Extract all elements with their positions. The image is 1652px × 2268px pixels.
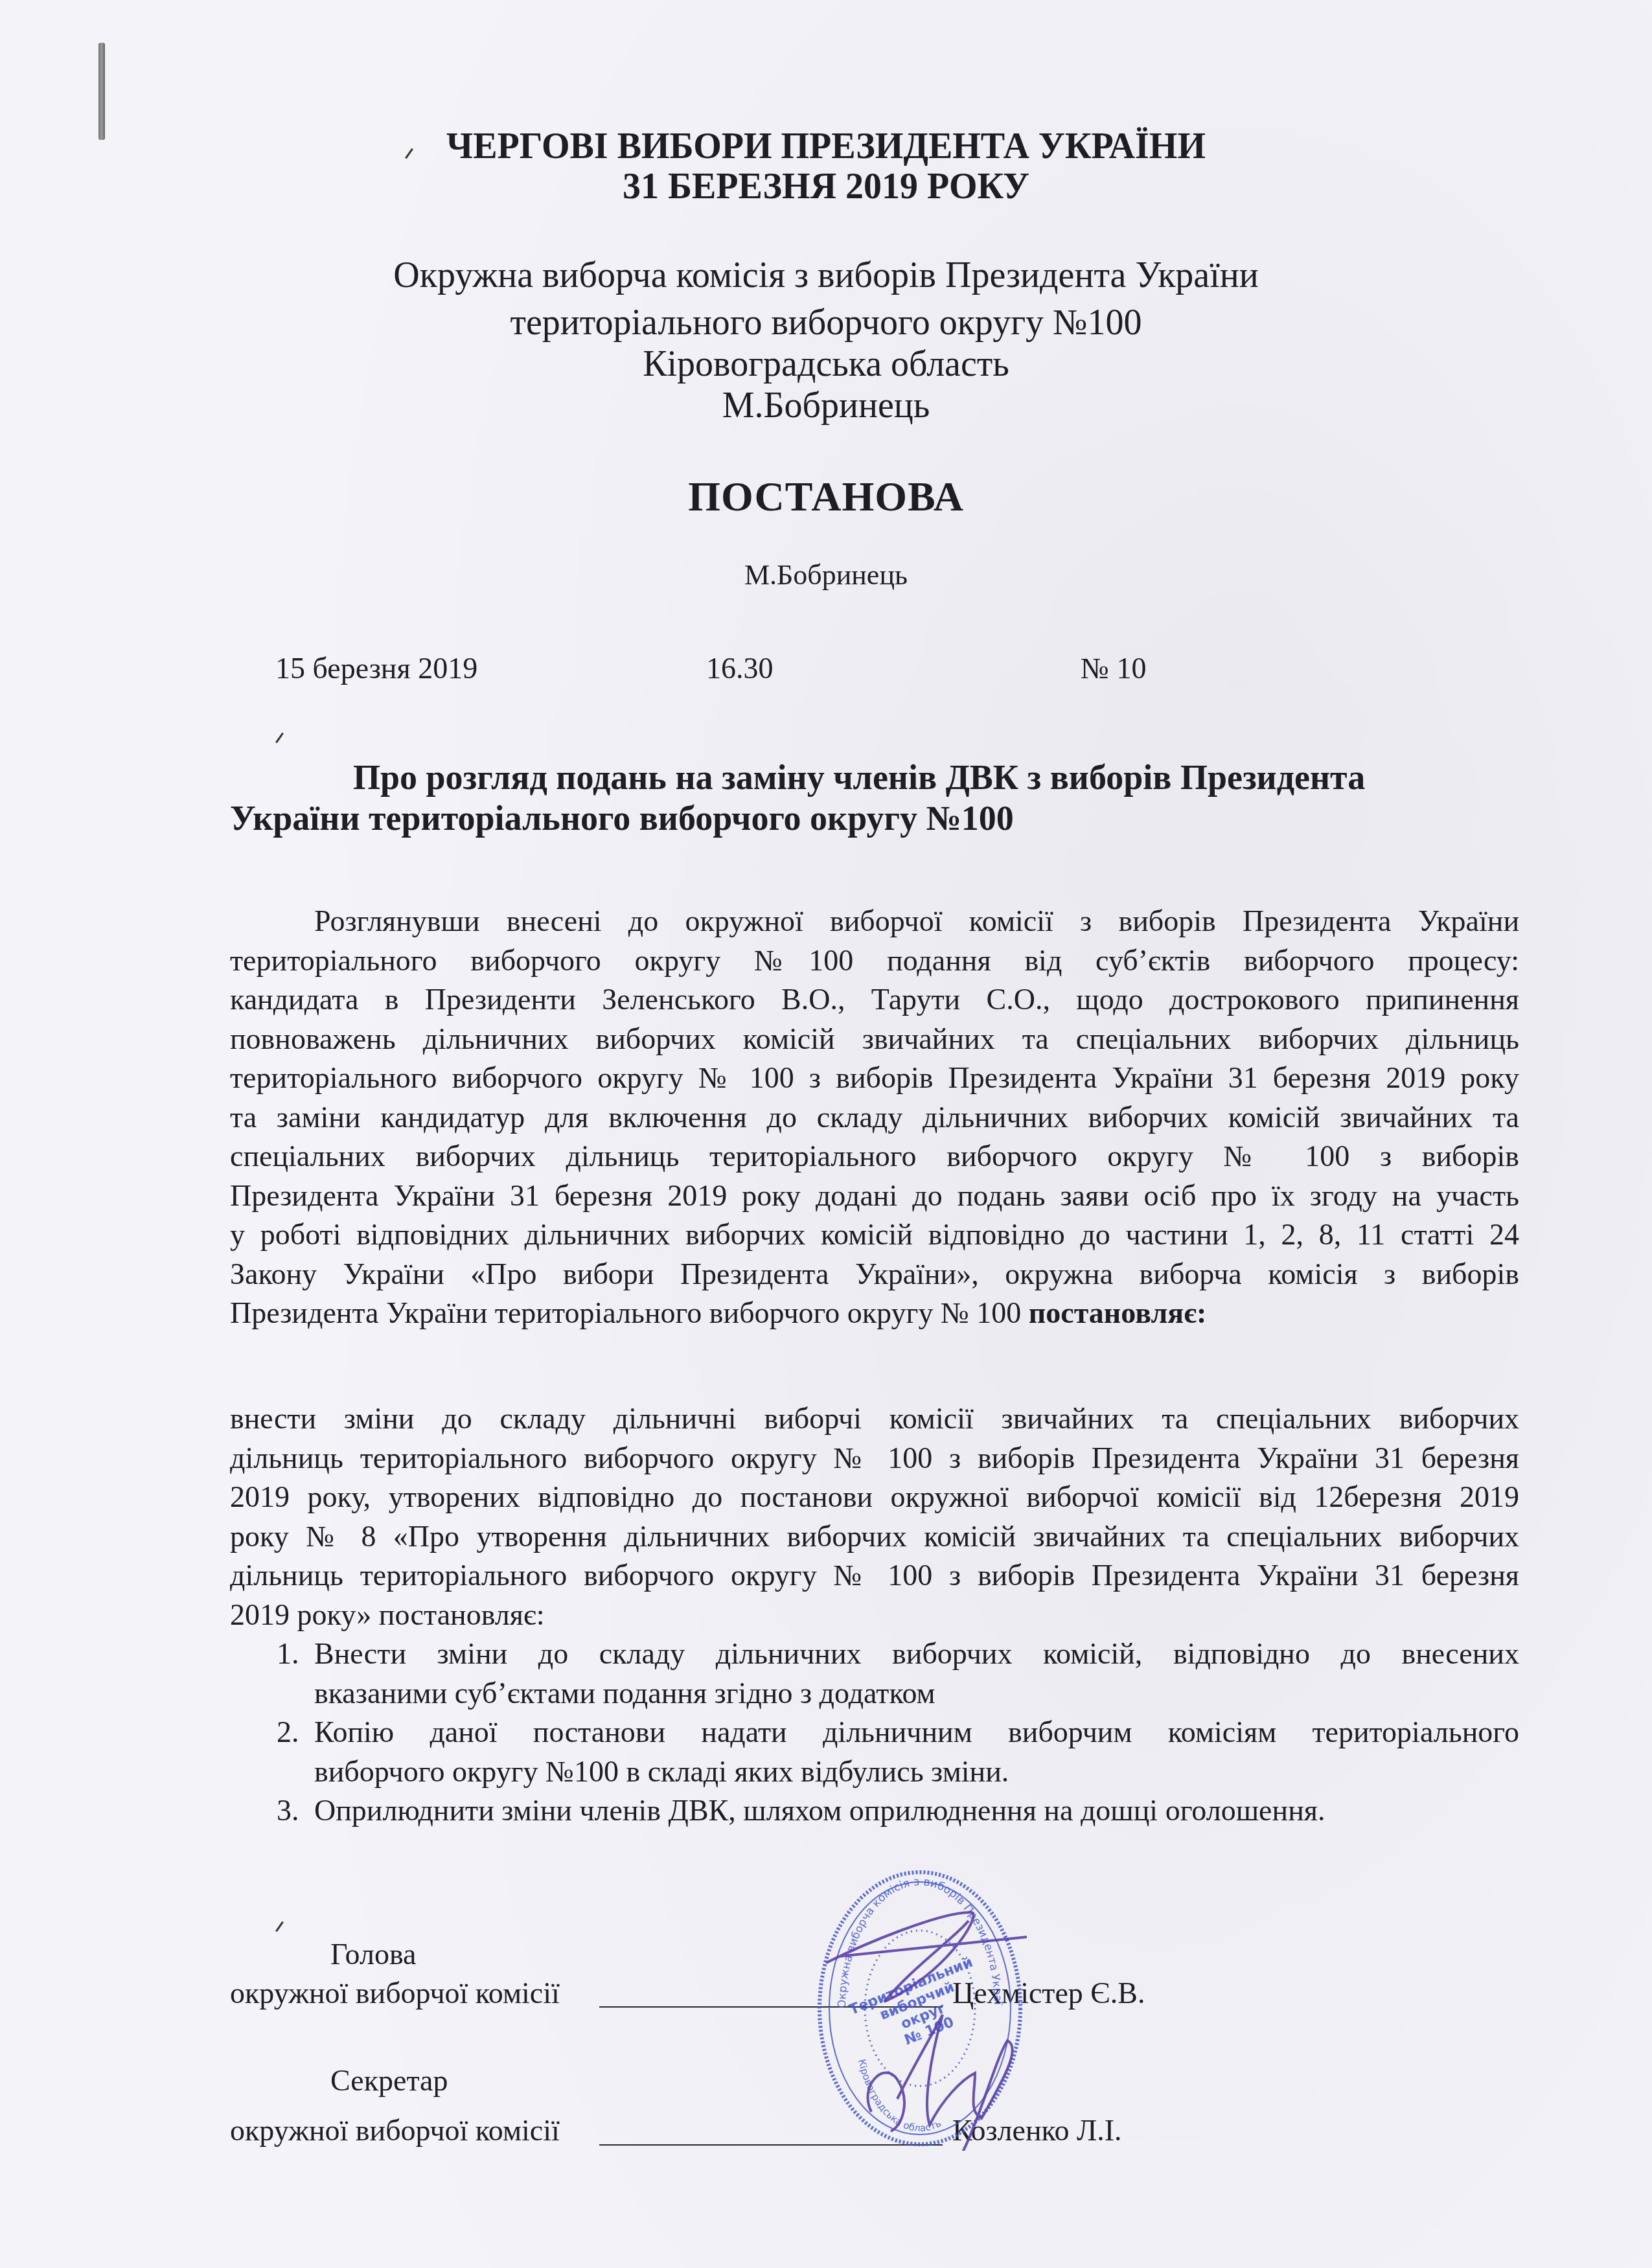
secretary-org: окружної виборчої комісії — [230, 2113, 560, 2148]
election-date-title: 31 БЕРЕЗНЯ 2019 РОКУ — [0, 166, 1652, 207]
item-text: виборчого округу №100 в складі яких відб… — [314, 1752, 1519, 1792]
secretary-role: Секретар — [330, 2063, 448, 2098]
document-type: ПОСТАНОВА — [0, 473, 1652, 521]
preamble-line: та заміни кандидатур для включення до ск… — [230, 1098, 1519, 1138]
item-text: Копію даної постанови надати дільничним … — [314, 1713, 1519, 1752]
staple-mark — [98, 43, 105, 140]
decision-line: внести зміни до складу дільничні виборчі… — [230, 1399, 1519, 1439]
preamble-line: територіального виборчого округу № 100 з… — [230, 1059, 1519, 1098]
decision-line: 2019 року» постановляє: — [230, 1596, 1519, 1635]
document-date: 15 березня 2019 — [275, 651, 477, 685]
pencil-tick-mark — [275, 733, 284, 743]
decision-line: дільниць територіального виборчого округ… — [230, 1439, 1519, 1478]
document-time: 16.30 — [706, 651, 774, 685]
preamble-line: у роботі відповідних дільничних виборчих… — [230, 1215, 1519, 1255]
resolves-keyword: постановляє: — [1029, 1296, 1207, 1329]
decision-line: дільниць територіального виборчого округ… — [230, 1556, 1519, 1596]
resolution-item: 1. Внести зміни до складу дільничних виб… — [230, 1634, 1519, 1713]
document-number: № 10 — [1081, 651, 1146, 685]
commission-name: Окружна виборча комісія з виборів Презид… — [0, 256, 1652, 295]
decision-paragraph: внести зміни до складу дільничні виборчі… — [230, 1399, 1519, 1634]
item-text: Оприлюднити зміни членів ДВК, шляхом опр… — [314, 1791, 1519, 1831]
election-title: ЧЕРГОВІ ВИБОРИ ПРЕЗИДЕНТА УКРАЇНИ — [0, 126, 1652, 166]
resolution-heading-line2: України територіального виборчого округу… — [230, 787, 1014, 849]
item-text: Внести зміни до складу дільничних виборч… — [314, 1634, 1519, 1674]
item-number: 3. — [277, 1791, 299, 1831]
region-name: Кіровоградська область — [0, 345, 1652, 384]
district-name: територіального виборчого округу №100 — [0, 303, 1652, 342]
preamble-line: кандидата в Президенти Зеленського В.О.,… — [230, 980, 1519, 1020]
resolution-items: 1. Внести зміни до складу дільничних виб… — [230, 1634, 1519, 1831]
preamble-line: Закону України «Про вибори Президента Ук… — [230, 1255, 1519, 1294]
item-text: вказаними суб’єктами подання згідно з до… — [314, 1674, 1519, 1713]
preamble-paragraph: Розглянувши внесені до окружної виборчої… — [230, 902, 1519, 1333]
preamble-line: спеціальних виборчих дільниць територіал… — [230, 1137, 1519, 1176]
official-seal-stamp: Окружна виборча комісія з виборів Презид… — [813, 1866, 1027, 2151]
preamble-last-text: Президента України територіального вибор… — [230, 1296, 1029, 1329]
decision-line: 2019 року, утворених відповідно до поста… — [230, 1478, 1519, 1517]
item-number: 1. — [277, 1634, 299, 1674]
chair-role: Голова — [330, 1937, 416, 1971]
preamble-line: Розглянувши внесені до окружної виборчої… — [230, 902, 1519, 941]
preamble-line: повноважень дільничних виборчих комісій … — [230, 1020, 1519, 1059]
item-number: 2. — [277, 1713, 299, 1752]
chair-org: окружної виборчої комісії — [230, 1976, 560, 2010]
preamble-last-line: Президента України територіального вибор… — [230, 1294, 1519, 1333]
document-page: ЧЕРГОВІ ВИБОРИ ПРЕЗИДЕНТА УКРАЇНИ 31 БЕР… — [0, 0, 1652, 2268]
pencil-tick-mark — [275, 1921, 284, 1932]
resolution-item: 2. Копію даної постанови надати дільничн… — [230, 1713, 1519, 1791]
document-place: М.Бобринець — [0, 558, 1652, 591]
city-name: М.Бобринець — [0, 386, 1652, 425]
preamble-line: територіального виборчого округу №100 по… — [230, 941, 1519, 981]
decision-line: року № 8 «Про утворення дільничних вибор… — [230, 1517, 1519, 1557]
resolution-item: 3. Оприлюднити зміни членів ДВК, шляхом … — [230, 1791, 1519, 1831]
preamble-line: Президента України 31 березня 2019 року … — [230, 1176, 1519, 1216]
